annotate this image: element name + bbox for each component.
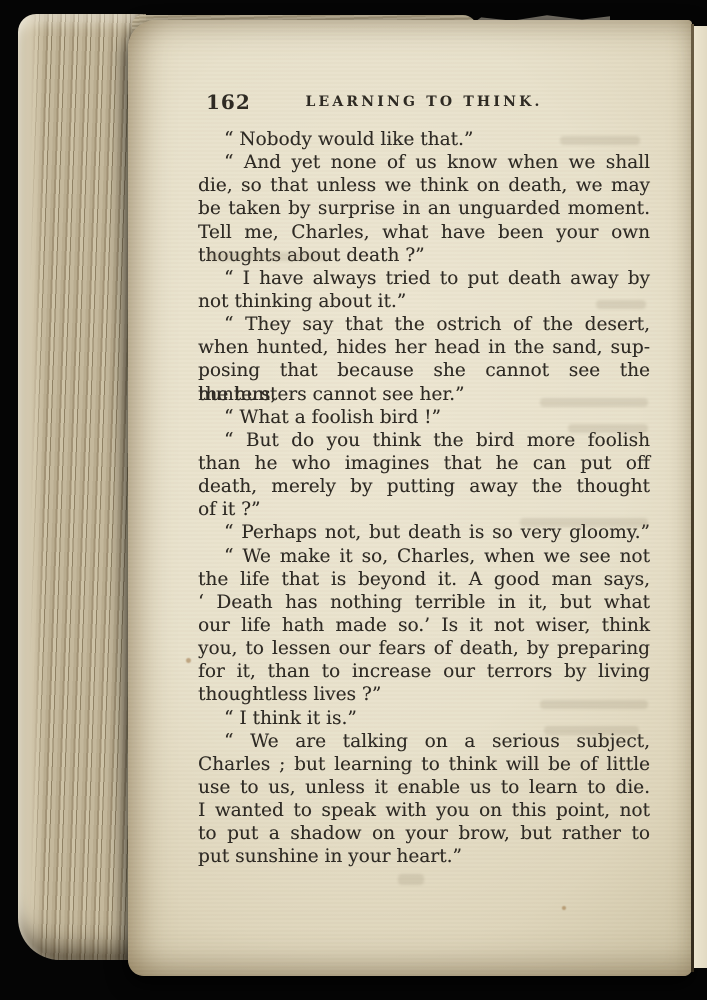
page-number: 162 bbox=[206, 90, 251, 114]
running-header: 162 LEARNING TO THINK. bbox=[198, 90, 650, 118]
text-line: “ And yet none of us know when we shall bbox=[198, 151, 650, 174]
text-line: to put a shadow on your brow, but rather… bbox=[198, 822, 650, 845]
text-line: use to us, unless it enable us to learn … bbox=[198, 776, 650, 799]
show-through-mark bbox=[540, 700, 648, 709]
show-through-mark bbox=[520, 518, 648, 527]
foxing-spot bbox=[562, 906, 566, 910]
text-line: you, to lessen our fears of death, by pr… bbox=[198, 637, 650, 660]
text-line: “ We make it so, Charles, when we see no… bbox=[198, 545, 650, 568]
text-line: the life that is beyond it. A good man s… bbox=[198, 568, 650, 591]
show-through-mark bbox=[560, 136, 640, 145]
foxing-spot bbox=[186, 658, 191, 663]
text-line: our life hath made so.’ Is it not wiser,… bbox=[198, 614, 650, 637]
text-line: ‘ Death has nothing terrible in it, but … bbox=[198, 591, 650, 614]
page-text: “ Nobody would like that.”“ And yet none… bbox=[198, 128, 650, 869]
page-edge-stack bbox=[18, 14, 146, 960]
show-through-mark bbox=[568, 424, 648, 433]
text-line: put sunshine in your heart.” bbox=[198, 845, 650, 868]
show-through-mark bbox=[540, 398, 648, 407]
show-through-mark bbox=[544, 726, 639, 735]
text-line: I wanted to speak with you on this point… bbox=[198, 799, 650, 822]
text-line: not thinking about it.” bbox=[198, 290, 650, 313]
text-line: death, merely by putting away the though… bbox=[198, 475, 650, 498]
show-through-mark bbox=[398, 874, 424, 885]
facing-page-sliver bbox=[694, 26, 707, 968]
text-line: “ They say that the ostrich of the deser… bbox=[198, 313, 650, 336]
text-line: than he who imagines that he can put off bbox=[198, 452, 650, 475]
text-line: die, so that unless we think on death, w… bbox=[198, 174, 650, 197]
text-line: when hunted, hides her head in the sand,… bbox=[198, 336, 650, 359]
text-line: be taken by surprise in an unguarded mom… bbox=[198, 197, 650, 220]
text-line: Tell me, Charles, what have been your ow… bbox=[198, 221, 650, 244]
show-through-mark bbox=[596, 300, 646, 309]
show-through-mark bbox=[208, 252, 328, 261]
text-line: for it, than to increase our terrors by … bbox=[198, 660, 650, 683]
running-header-title: LEARNING TO THINK. bbox=[305, 94, 542, 110]
book-scan: 162 LEARNING TO THINK. “ Nobody would li… bbox=[0, 0, 707, 1000]
text-line: “ I have always tried to put death away … bbox=[198, 267, 650, 290]
text-line: posing that because she cannot see the h… bbox=[198, 359, 650, 382]
text-line: Charles ; but learning to think will be … bbox=[198, 753, 650, 776]
